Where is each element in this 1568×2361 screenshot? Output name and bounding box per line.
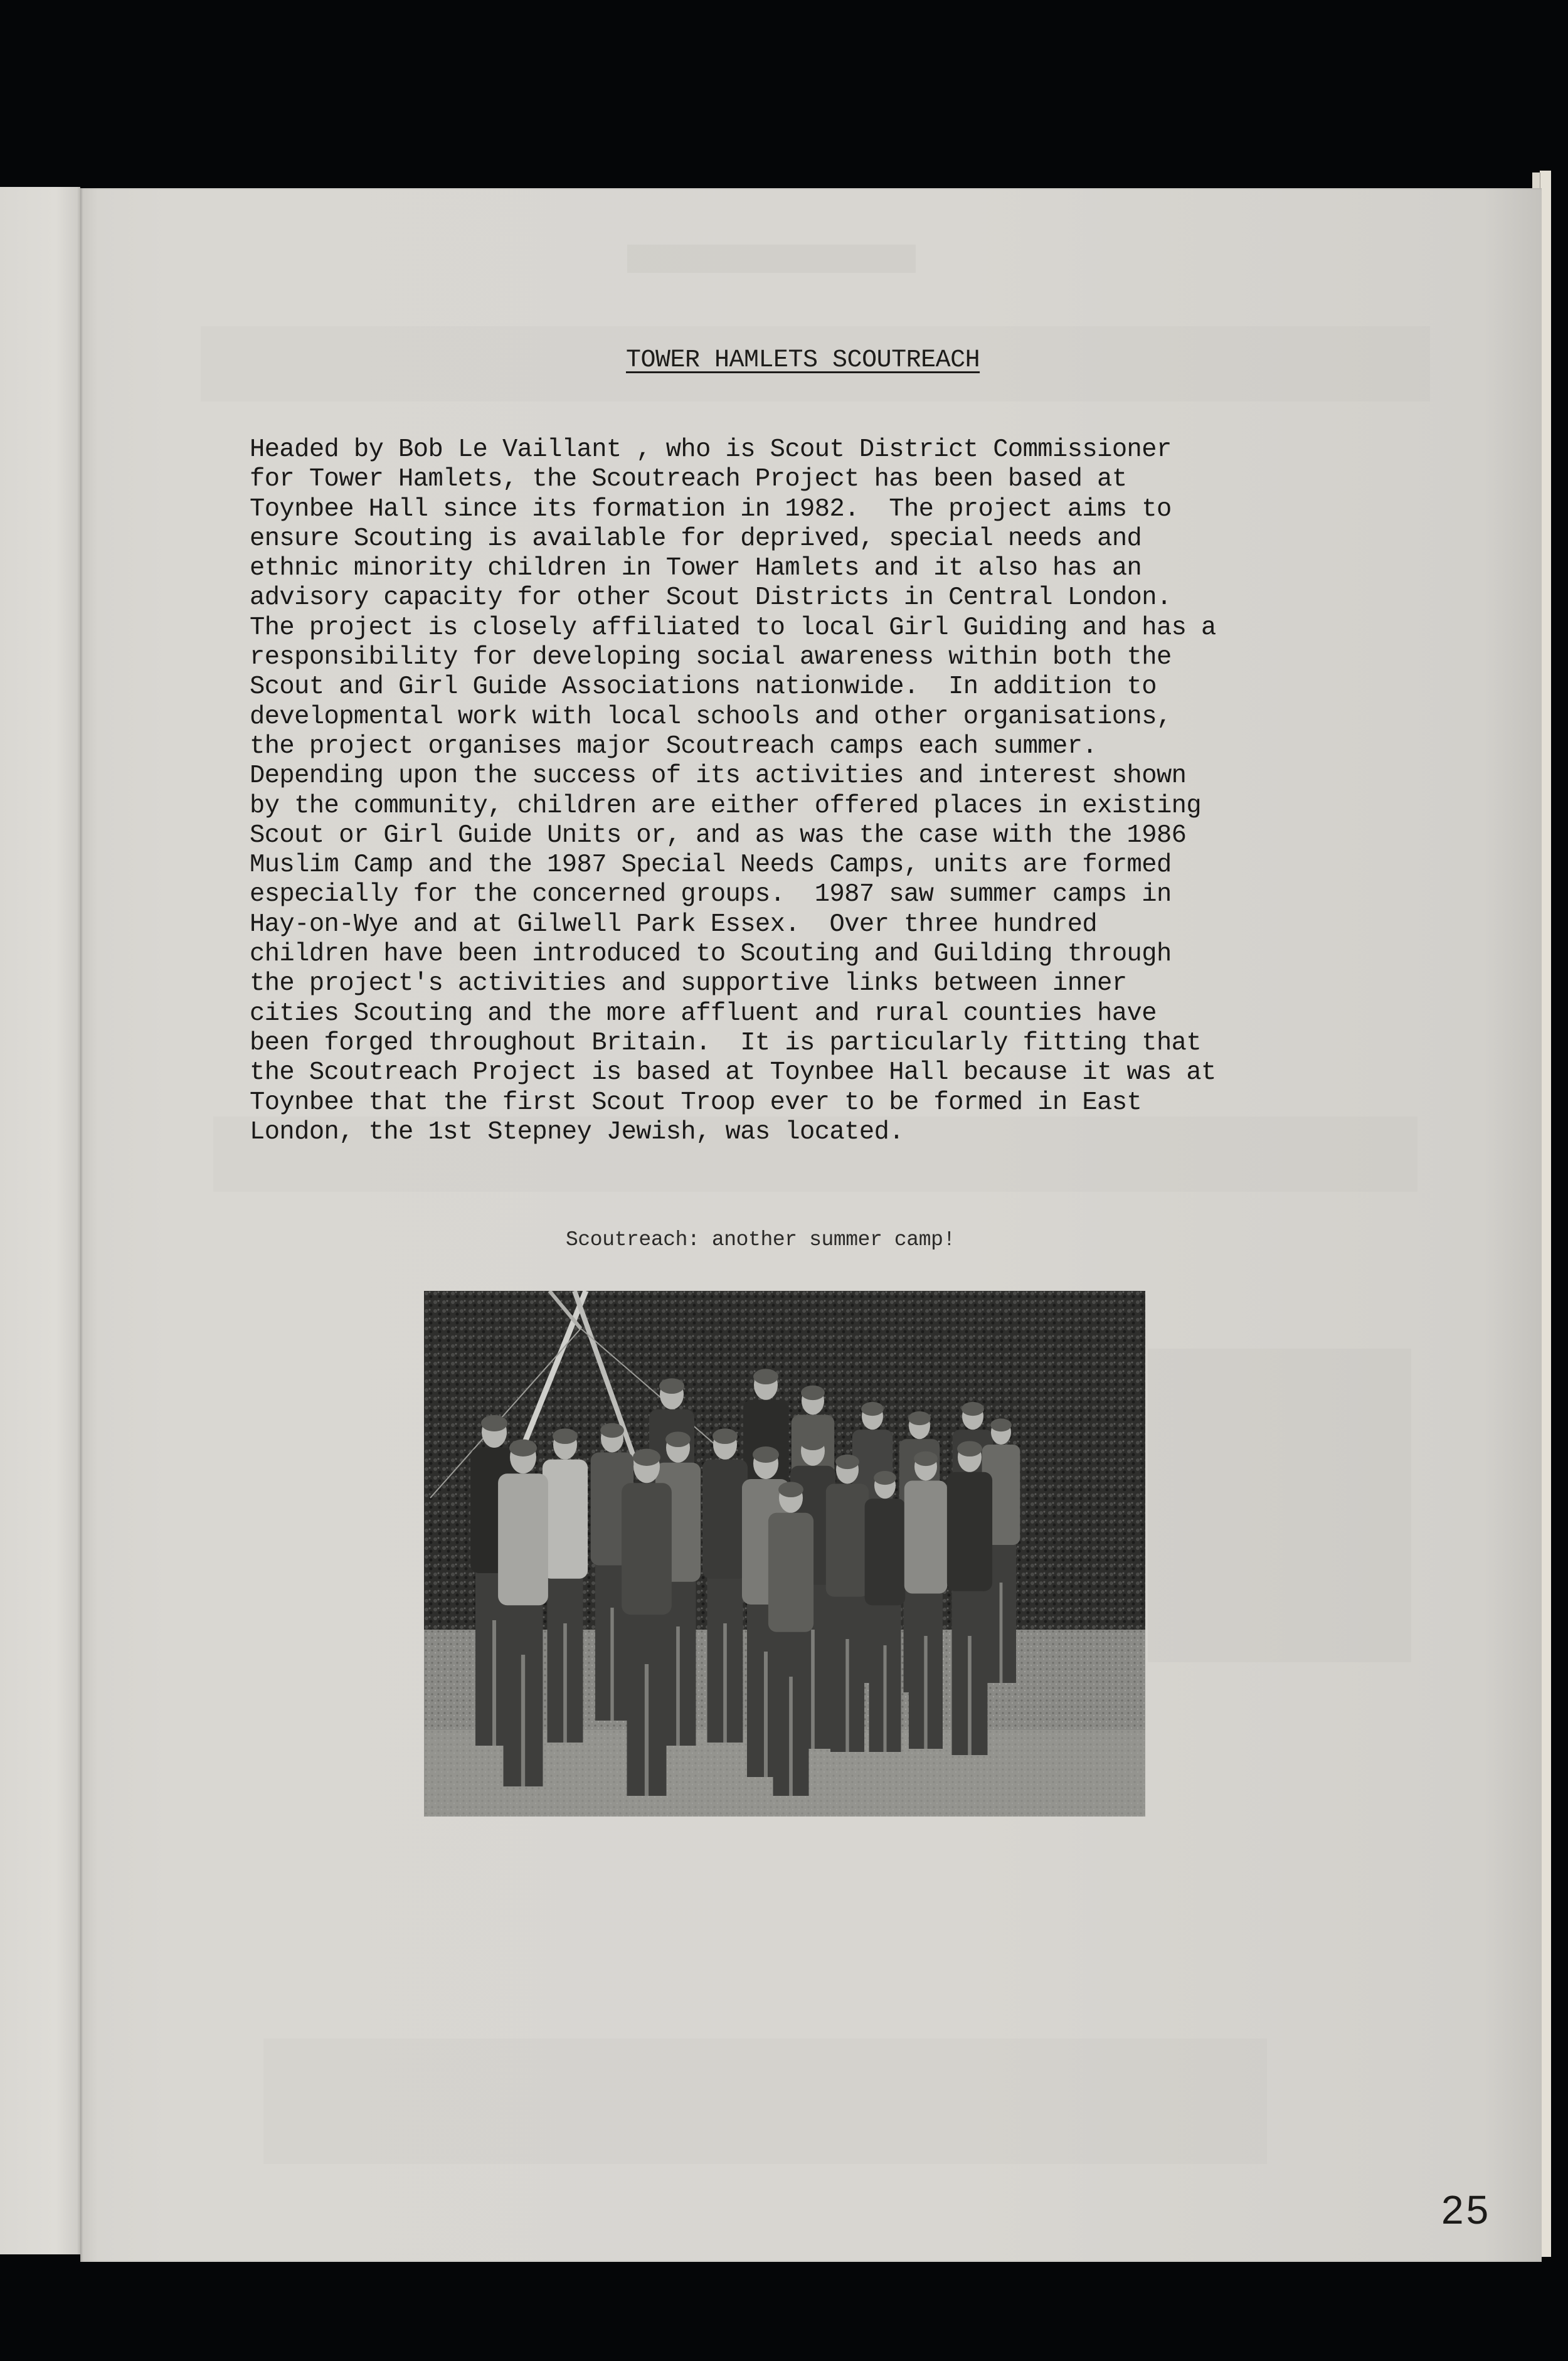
body-line: Toynbee Hall since its formation in 1982…	[250, 495, 1216, 524]
body-line: Depending upon the success of its activi…	[250, 761, 1216, 791]
body-line: especially for the concerned groups. 198…	[250, 880, 1216, 910]
photo-illustration	[424, 1291, 1145, 1817]
body-line: Toynbee that the first Scout Troop ever …	[250, 1088, 1216, 1118]
body-line: advisory capacity for other Scout Distri…	[250, 583, 1216, 613]
body-line: children have been introduced to Scoutin…	[250, 940, 1216, 969]
body-line: Headed by Bob Le Vaillant , who is Scout…	[250, 435, 1216, 465]
body-line: the Scoutreach Project is based at Toynb…	[250, 1058, 1216, 1088]
camp-group-photo	[424, 1291, 1145, 1817]
article-title: TOWER HAMLETS SCOUTREACH	[626, 346, 980, 374]
body-line: The project is closely affiliated to loc…	[250, 613, 1216, 643]
body-line: responsibility for developing social awa…	[250, 643, 1216, 672]
body-line: ethnic minority children in Tower Hamlet…	[250, 554, 1216, 583]
article-body: Headed by Bob Le Vaillant , who is Scout…	[250, 435, 1216, 1147]
page-number: 25	[1441, 2187, 1491, 2233]
body-line: the project's activities and supportive …	[250, 969, 1216, 999]
left-page-edge	[0, 187, 80, 2254]
body-line: Scout or Girl Guide Units or, and as was…	[250, 821, 1216, 851]
body-line: the project organises major Scoutreach c…	[250, 732, 1216, 761]
body-line: by the community, children are either of…	[250, 792, 1216, 821]
photo-caption: Scoutreach: another summer camp!	[566, 1228, 955, 1251]
body-line: Scout and Girl Guide Associations nation…	[250, 672, 1216, 702]
body-line: been forged throughout Britain. It is pa…	[250, 1029, 1216, 1058]
body-line: developmental work with local schools an…	[250, 703, 1216, 732]
body-line: ensure Scouting is available for deprive…	[250, 524, 1216, 554]
body-line: London, the 1st Stepney Jewish, was loca…	[250, 1118, 1216, 1147]
body-line: cities Scouting and the more affluent an…	[250, 999, 1216, 1029]
body-line: Muslim Camp and the 1987 Special Needs C…	[250, 851, 1216, 880]
body-line: for Tower Hamlets, the Scoutreach Projec…	[250, 465, 1216, 494]
body-line: Hay-on-Wye and at Gilwell Park Essex. Ov…	[250, 910, 1216, 940]
